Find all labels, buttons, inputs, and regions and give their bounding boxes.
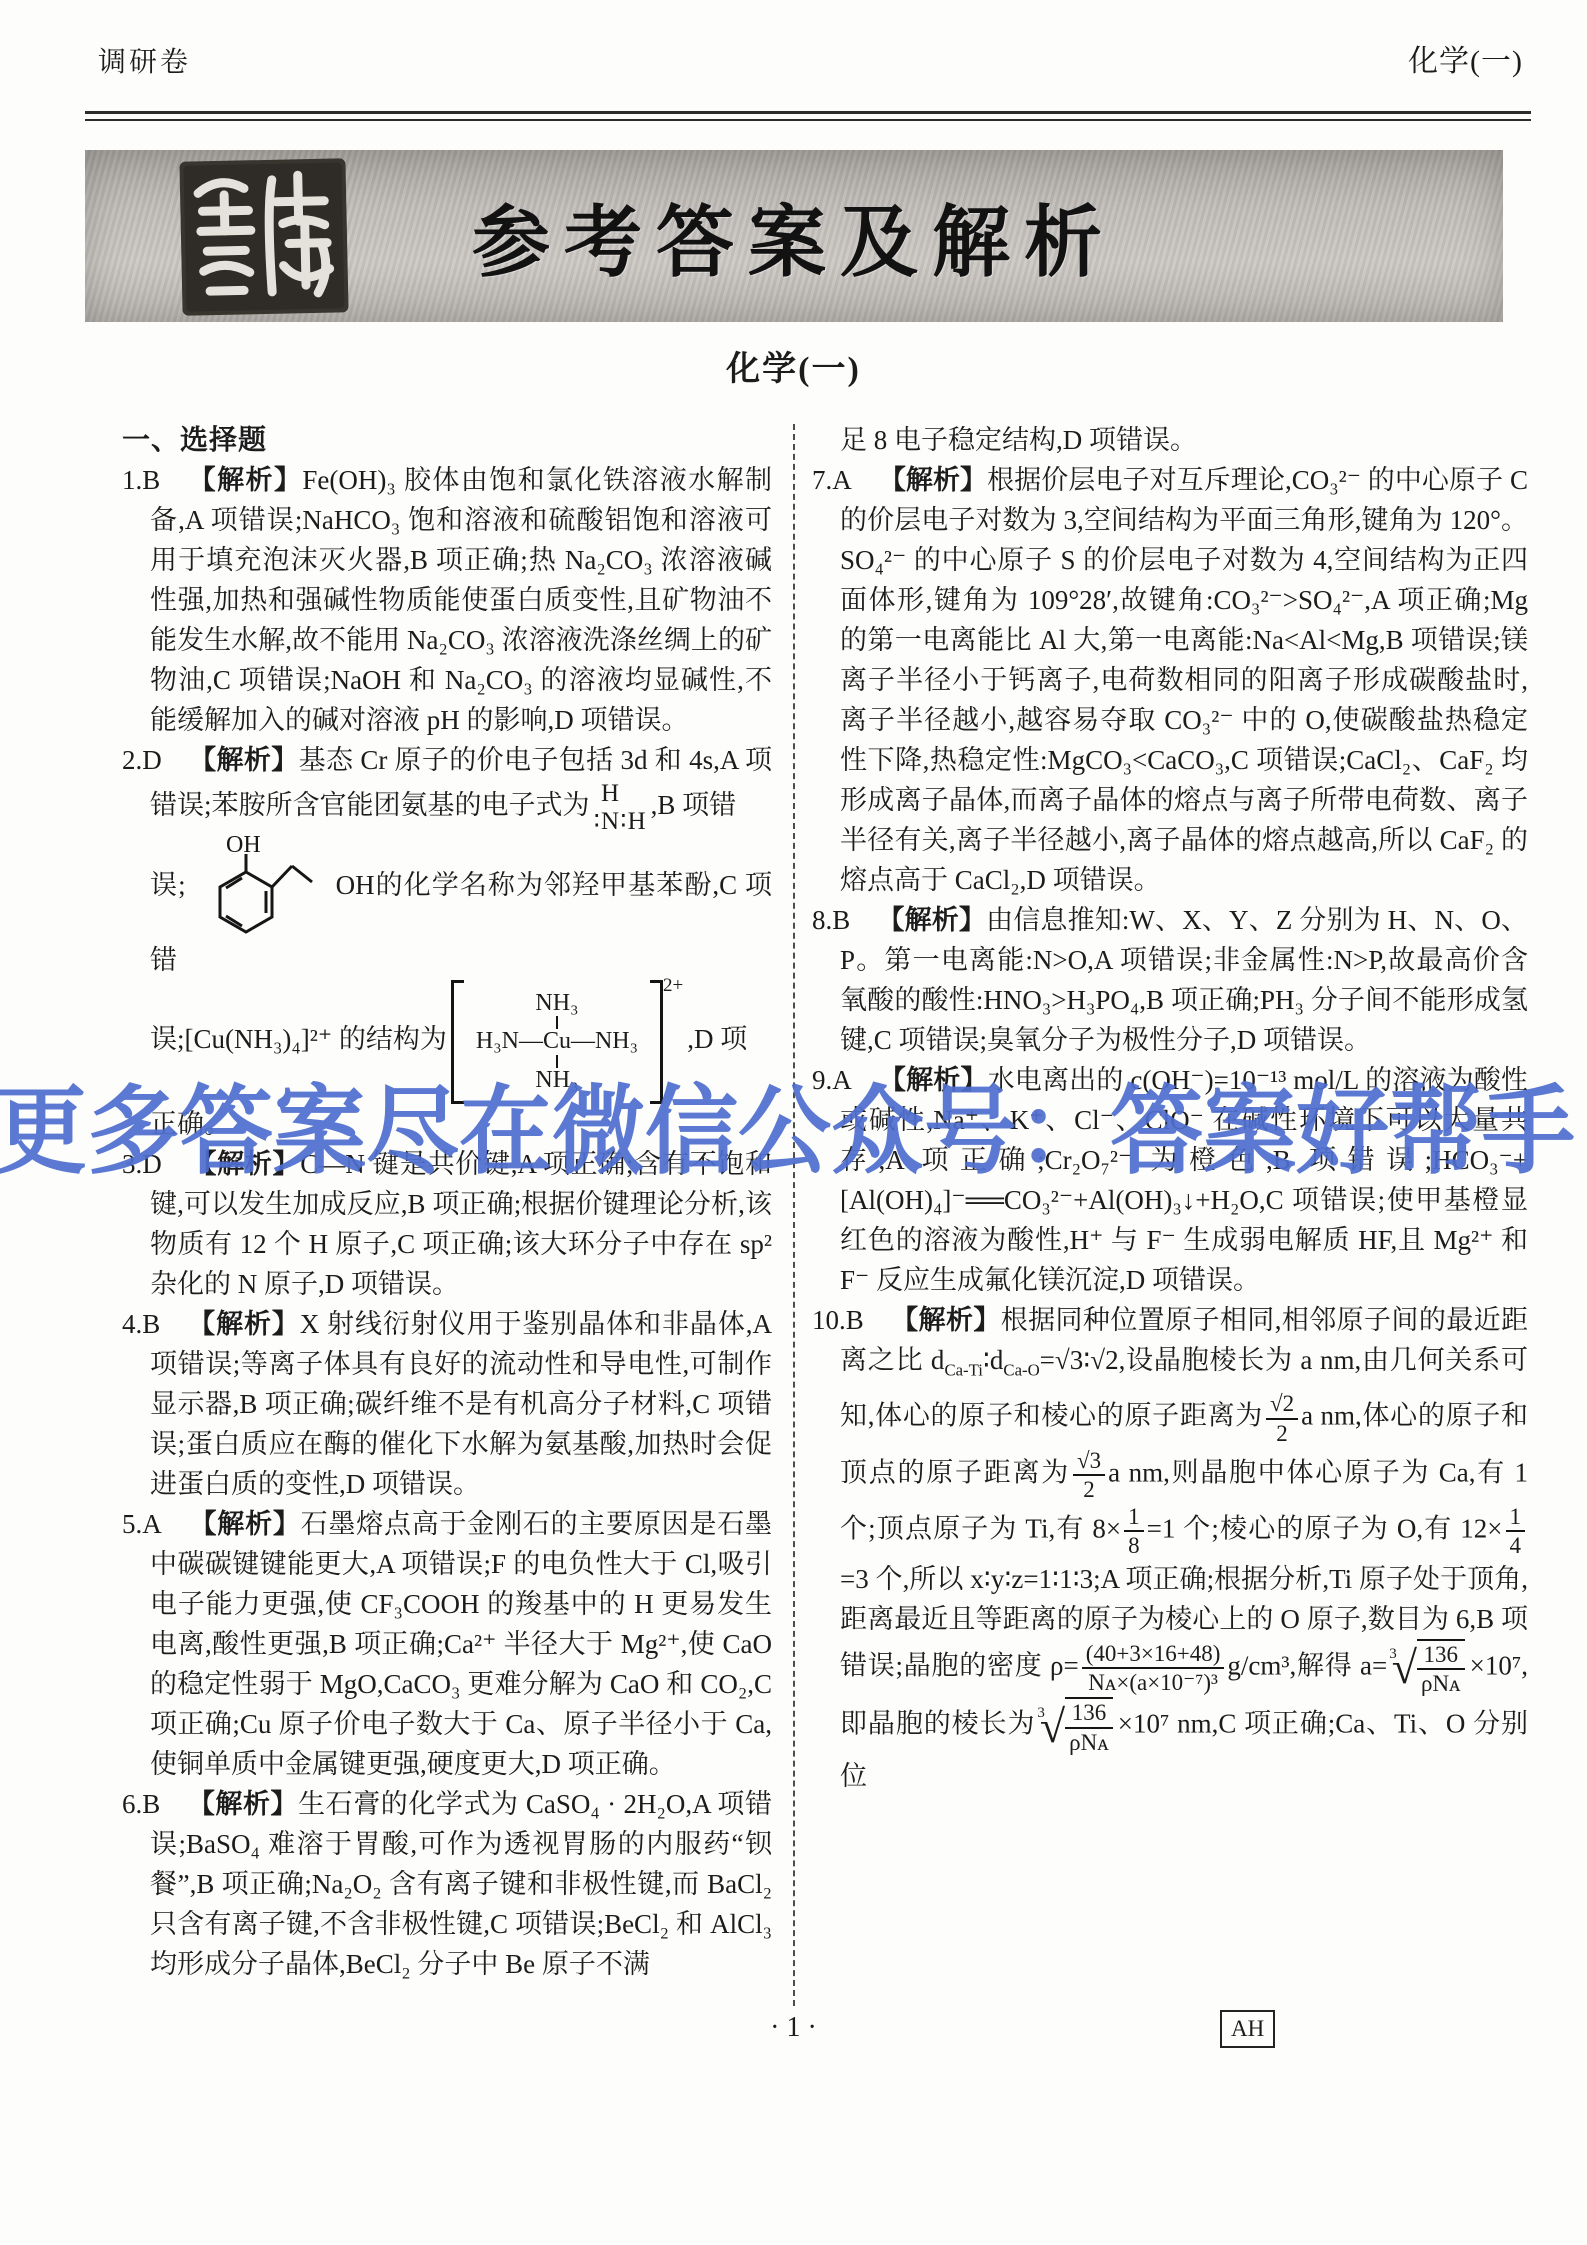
answer-item-7: 7.A 【解析】根据价层电子对互斥理论,CO₃²⁻ 的中心原子 C 的价层电子对… [812, 460, 1528, 900]
answer-item-5: 5.A 【解析】石墨熔点高于金刚石的主要原因是石墨中碳碳键键能更大,A 项错误;… [122, 1504, 772, 1784]
distance-subscript: Ca-O [1003, 1360, 1039, 1379]
fraction-denominator: 2 [1073, 1476, 1105, 1503]
fraction-sqrt3-over-2: √32 [1073, 1447, 1105, 1503]
root-index: 3 [1037, 1693, 1045, 1733]
answer-number: 7.A [812, 465, 852, 495]
electron-formula-h: H [594, 780, 647, 808]
analysis-label: 【解析】 [187, 465, 302, 495]
answer-text: ,B 项错 [651, 790, 737, 820]
fraction-sqrt2-over-2: √22 [1266, 1390, 1298, 1446]
answer-item-1: 1.B 【解析】Fe(OH)₃ 胶体由饱和氯化铁溶液水解制备,A 项错误;NaH… [122, 460, 772, 740]
answer-number: 1.B [122, 465, 160, 495]
fraction-numerator: √3 [1073, 1447, 1105, 1476]
root-index: 3 [1389, 1634, 1397, 1674]
complex-center: H₃N—Cu—NH₃ [476, 1029, 638, 1054]
analysis-label: 【解析】 [187, 1309, 300, 1339]
column-divider [793, 424, 795, 2006]
amine-electron-formula: H∶N∶H [590, 780, 651, 836]
wechat-watermark: 更多答案尽在微信公众号：答案好帮手 [0, 1053, 1587, 1192]
answer-sheet-page: 调研卷 化学(一) [0, 0, 1587, 2245]
answer-item-10: 10.B 【解析】根据同种位置原子相同,相邻原子间的最近距离之比 dCa-Ti∶… [812, 1300, 1528, 1796]
title-banner: 参考答案及解析 [85, 150, 1503, 322]
left-column: 一、选择题 1.B 【解析】Fe(OH)₃ 胶体由饱和氯化铁溶液水解制备,A 项… [122, 420, 772, 2015]
analysis-label: 【解析】 [877, 905, 986, 935]
fraction-denominator: 4 [1506, 1532, 1526, 1559]
fraction-one-quarter: 14 [1506, 1503, 1526, 1559]
answer-text: g/cm³,解得 a= [1227, 1650, 1387, 1680]
fraction-one-eighth: 18 [1124, 1503, 1144, 1559]
fraction-numerator: 136 [1065, 1699, 1113, 1728]
complex-charge: 2+ [663, 976, 683, 996]
answer-text: 根据价层电子对互斥理论,CO₃²⁻ 的中心原子 C 的价层电子对数为 3,空间结… [840, 465, 1528, 895]
answer-number: 10.B [812, 1305, 864, 1335]
distance-subscript: Ca-Ti [944, 1360, 982, 1379]
answer-text: ,D 项 [687, 1024, 747, 1054]
cube-root-expression: 3√136ρNᴀ [1037, 1697, 1115, 1755]
electron-formula-nh: ∶N∶H [594, 808, 647, 836]
answer-text: Fe(OH)₃ 胶体由饱和氯化铁溶液水解制备,A 项错误;NaHCO₃ 饱和溶液… [150, 465, 772, 735]
fraction-numerator: (40+3×16+48) [1082, 1640, 1225, 1669]
analysis-label: 【解析】 [187, 1789, 298, 1819]
right-column: 足 8 电子稳定结构,D 项错误。 7.A 【解析】根据价层电子对互斥理论,CO… [812, 420, 1528, 2015]
analysis-label: 【解析】 [189, 1509, 301, 1539]
fraction-denominator: 8 [1124, 1532, 1144, 1559]
answer-number: 8.B [812, 905, 850, 935]
phenol-oh-label: OH [226, 836, 261, 858]
answer-item-6-continuation: 足 8 电子稳定结构,D 项错误。 [812, 420, 1528, 460]
answer-number: 5.A [122, 1509, 162, 1539]
root-fraction: 136ρNᴀ [1065, 1697, 1113, 1755]
answer-text: =1 个;棱心的原子为 O,有 12× [1147, 1513, 1503, 1543]
fraction-denominator: ρNᴀ [1065, 1729, 1113, 1756]
page-title: 参考答案及解析 [85, 150, 1503, 322]
answer-item-4: 4.B 【解析】X 射线衍射仪用于鉴别晶体和非晶体,A 项错误;等离子体具有良好… [122, 1304, 772, 1504]
ligand-top: NH₃ [535, 991, 578, 1016]
fraction-numerator: 1 [1506, 1503, 1526, 1532]
header-right-label: 化学(一) [1408, 36, 1523, 80]
analysis-label: 【解析】 [879, 465, 987, 495]
answer-number: 2.D [122, 745, 162, 775]
subject-subtitle: 化学(一) [0, 341, 1587, 390]
root-fraction: 136ρNᴀ [1417, 1639, 1465, 1697]
fraction-denominator: Nᴀ×(a×10⁻⁷)³ [1082, 1669, 1225, 1696]
section-title: 一、选择题 [122, 420, 772, 460]
answer-text: 误;[Cu(NH₃)₄]²⁺ 的结构为 [150, 1024, 447, 1054]
fraction-denominator: 2 [1266, 1420, 1298, 1447]
answer-number: 4.B [122, 1309, 160, 1339]
cube-root-expression: 3√136ρNᴀ [1389, 1639, 1467, 1697]
answer-item-8: 8.B 【解析】由信息推知:W、X、Y、Z 分别为 H、N、O、P。第一电离能:… [812, 900, 1528, 1060]
analysis-label: 【解析】 [189, 745, 299, 775]
answer-item-6: 6.B 【解析】生石膏的化学式为 CaSO₄ · 2H₂O,A 项错误;BaSO… [122, 1784, 772, 1984]
header-left-label: 调研卷 [98, 40, 191, 80]
fraction-numerator: √2 [1266, 1390, 1298, 1419]
page-number: · 1 · [770, 2012, 817, 2044]
answer-text: ∶d [983, 1345, 1004, 1375]
answer-number: 6.B [122, 1789, 160, 1819]
analysis-label: 【解析】 [891, 1305, 1001, 1335]
benzene-ring-icon: OH [186, 836, 336, 940]
fraction-denominator: ρNᴀ [1417, 1670, 1465, 1697]
benzene-ring-structure: OH [186, 836, 336, 940]
fraction-numerator: 1 [1124, 1503, 1144, 1532]
header-double-rule [85, 111, 1531, 121]
edition-tag: AH [1220, 2010, 1275, 2048]
answer-text: 石墨熔点高于金刚石的主要原因是石墨中碳碳键键能更大,A 项错误;F 的电负性大于… [150, 1509, 772, 1779]
fraction-numerator: 136 [1417, 1641, 1465, 1670]
density-fraction: (40+3×16+48)Nᴀ×(a×10⁻⁷)³ [1082, 1640, 1225, 1696]
answer-text: 误; [150, 870, 186, 900]
